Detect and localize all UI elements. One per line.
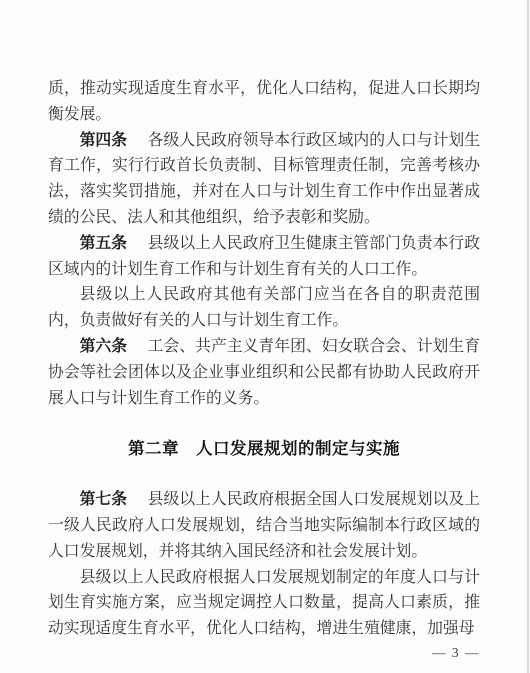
page-number: — 3 — <box>432 645 480 661</box>
paragraph-text: 质，推动实现适度生育水平，优化人口结构，促进人口长期均衡发展。 <box>48 80 480 123</box>
body-paragraph: 第六条工会、共产主义青年团、妇女联合会、计划生育协会等社会团体以及企业事业组织和… <box>48 334 480 411</box>
body-paragraph: 质，推动实现适度生育水平，优化人口结构，促进人口长期均衡发展。 <box>48 76 480 128</box>
body-paragraph: 第四条各级人民政府领导本行政区域内的人口与计划生育工作，实行行政首长负责制、目标… <box>48 128 480 231</box>
article-number-label: 第六条 <box>80 338 128 355</box>
body-paragraph: 第七条县级以上人民政府根据全国人口发展规划以及上一级人民政府人口发展规划，结合当… <box>48 487 480 564</box>
body-paragraph: 县级以上人民政府根据人口发展规划制定的年度人口与计划生育实施方案，应当规定调控人… <box>48 565 480 642</box>
page-scan-edge-line <box>527 0 529 673</box>
document-text-block: 质，推动实现适度生育水平，优化人口结构，促进人口长期均衡发展。 第四条各级人民政… <box>48 76 480 642</box>
paragraph-text: 县级以上人民政府根据人口发展规划制定的年度人口与计划生育实施方案，应当规定调控人… <box>48 569 480 638</box>
chapter-heading: 第二章 人口发展规划的制定与实施 <box>48 436 480 462</box>
scanned-document-page: 质，推动实现适度生育水平，优化人口结构，促进人口长期均衡发展。 第四条各级人民政… <box>0 0 530 673</box>
body-paragraph: 第五条县级以上人民政府卫生健康主管部门负责本行政区域内的计划生育工作和与计划生育… <box>48 231 480 283</box>
paragraph-text: 县级以上人民政府其他有关部门应当在各自的职责范围内，负责做好有关的人口与计划生育… <box>48 286 480 329</box>
article-number-label: 第七条 <box>80 491 128 508</box>
article-number-label: 第五条 <box>80 235 128 252</box>
article-number-label: 第四条 <box>80 132 128 149</box>
body-paragraph: 县级以上人民政府其他有关部门应当在各自的职责范围内，负责做好有关的人口与计划生育… <box>48 282 480 334</box>
